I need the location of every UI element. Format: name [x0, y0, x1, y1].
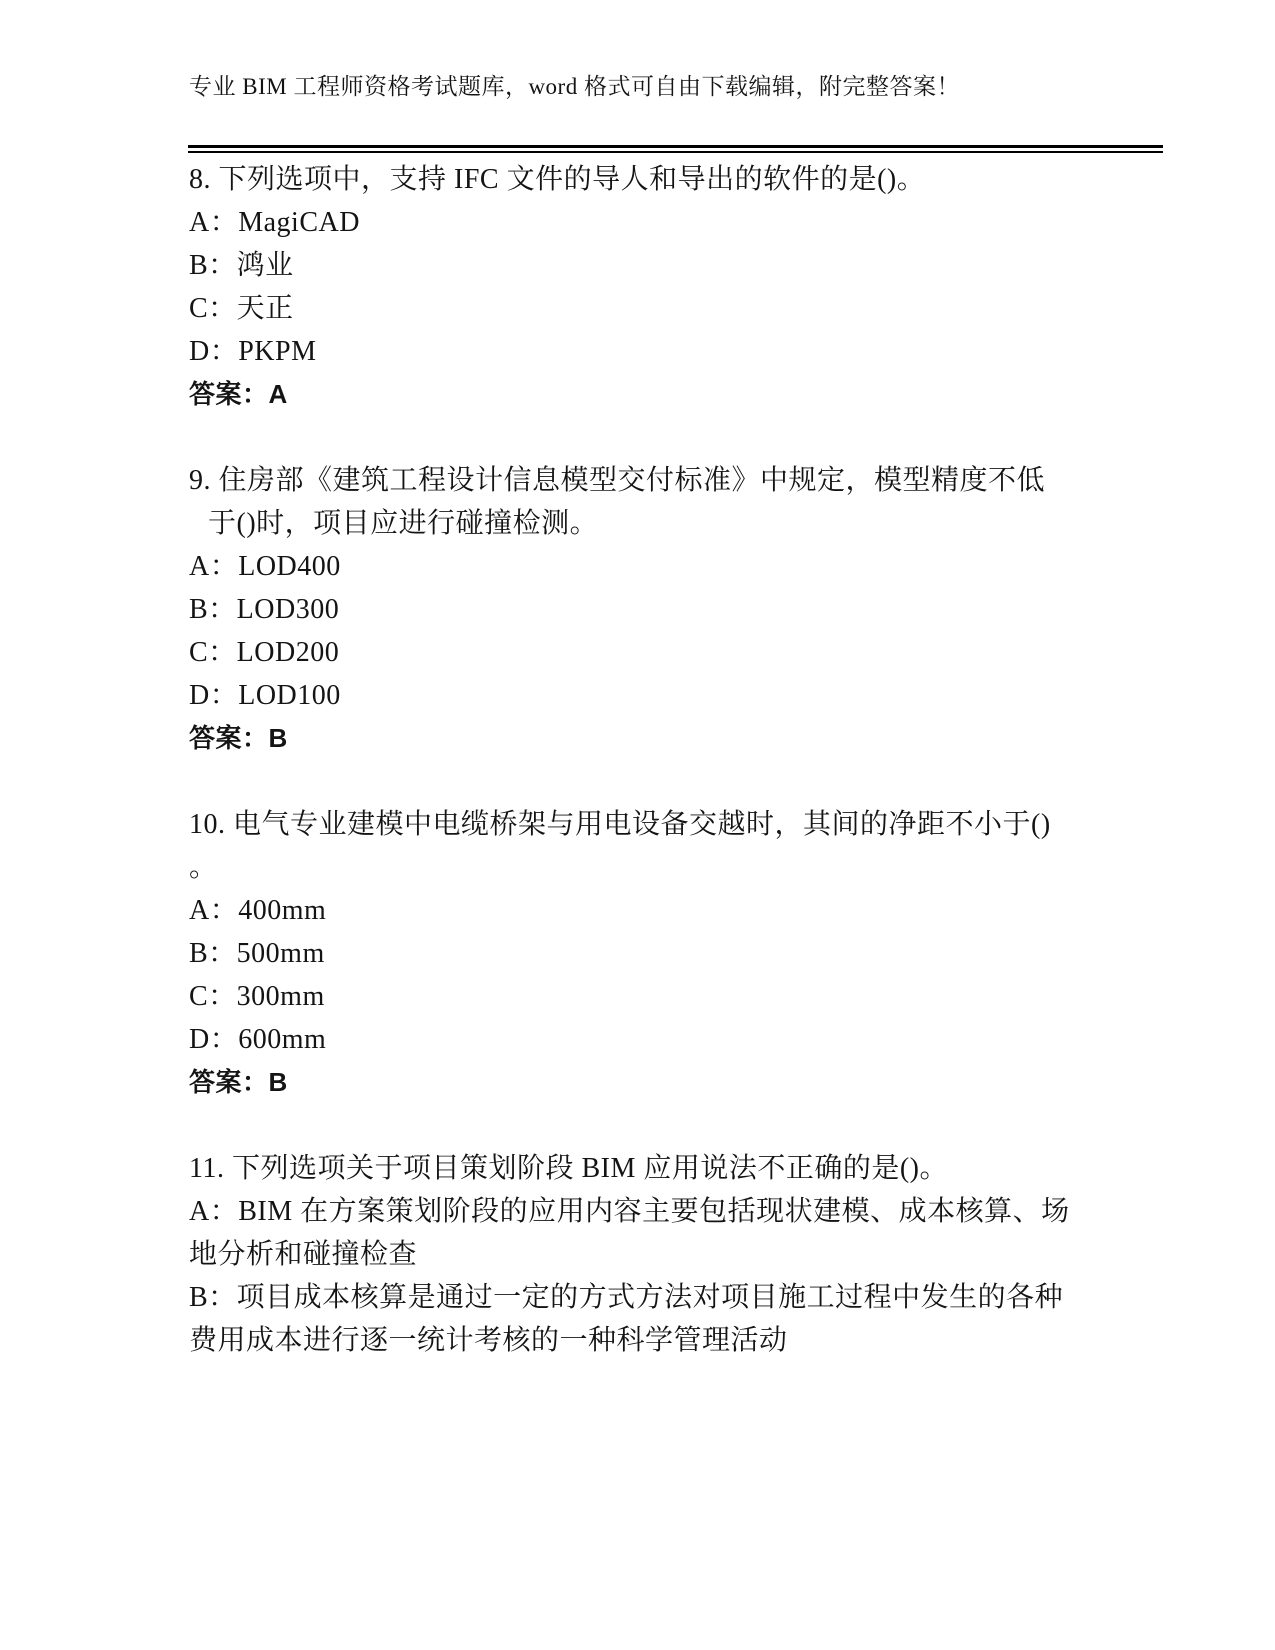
question-11-option-B: 费用成本进行逐一统计考核的一种科学管理活动: [189, 1319, 1179, 1362]
question-9-option-A: A：LOD400: [189, 545, 1179, 588]
question-8-option-A: A：MagiCAD: [189, 201, 1179, 244]
question-spacer: [189, 1104, 1179, 1147]
question-11-stem: 11. 下列选项关于项目策划阶段 BIM 应用说法不正确的是()。: [189, 1147, 1179, 1190]
question-9-option-D: D：LOD100: [189, 674, 1179, 717]
question-10: 10. 电气专业建模中电缆桥架与用电设备交越时，其间的净距不小于()。A：400…: [189, 803, 1179, 1104]
question-9-answer: 答案：B: [189, 717, 1179, 760]
question-10-answer: 答案：B: [189, 1061, 1179, 1104]
question-spacer: [189, 760, 1179, 803]
question-9: 9. 住房部《建筑工程设计信息模型交付标准》中规定，模型精度不低于()时，项目应…: [189, 459, 1179, 760]
question-8-option-B: B：鸿业: [189, 244, 1179, 287]
question-11-option-A: A：BIM 在方案策划阶段的应用内容主要包括现状建模、成本核算、场: [189, 1190, 1179, 1233]
question-9-stem: 于()时，项目应进行碰撞检测。: [189, 502, 1179, 545]
header-divider-double-rule: [188, 145, 1163, 153]
question-9-option-C: C：LOD200: [189, 631, 1179, 674]
question-11: 11. 下列选项关于项目策划阶段 BIM 应用说法不正确的是()。A：BIM 在…: [189, 1147, 1179, 1362]
question-8-stem: 8. 下列选项中，支持 IFC 文件的导人和导出的软件的是()。: [189, 158, 1179, 201]
question-11-option-B: B：项目成本核算是通过一定的方式方法对项目施工过程中发生的各种: [189, 1276, 1179, 1319]
question-10-option-B: B：500mm: [189, 932, 1179, 975]
question-8-option-D: D：PKPM: [189, 330, 1179, 373]
question-list: 8. 下列选项中，支持 IFC 文件的导人和导出的软件的是()。A：MagiCA…: [189, 158, 1179, 1362]
question-10-stem: 10. 电气专业建模中电缆桥架与用电设备交越时，其间的净距不小于(): [189, 803, 1179, 846]
page: { "header": { "title": "专业 BIM 工程师资格考试题库…: [0, 0, 1275, 1650]
question-10-option-C: C：300mm: [189, 975, 1179, 1018]
question-8-option-C: C：天正: [189, 287, 1179, 330]
question-10-stem: 。: [189, 846, 1179, 889]
question-11-option-A: 地分析和碰撞检查: [189, 1233, 1179, 1276]
question-10-option-A: A：400mm: [189, 889, 1179, 932]
question-10-option-D: D：600mm: [189, 1018, 1179, 1061]
question-8-answer: 答案：A: [189, 373, 1179, 416]
document-header-title: 专业 BIM 工程师资格考试题库，word 格式可自由下载编辑，附完整答案！: [189, 72, 1164, 102]
question-9-option-B: B：LOD300: [189, 588, 1179, 631]
question-spacer: [189, 416, 1179, 459]
question-8: 8. 下列选项中，支持 IFC 文件的导人和导出的软件的是()。A：MagiCA…: [189, 158, 1179, 416]
question-9-stem: 9. 住房部《建筑工程设计信息模型交付标准》中规定，模型精度不低: [189, 459, 1179, 502]
